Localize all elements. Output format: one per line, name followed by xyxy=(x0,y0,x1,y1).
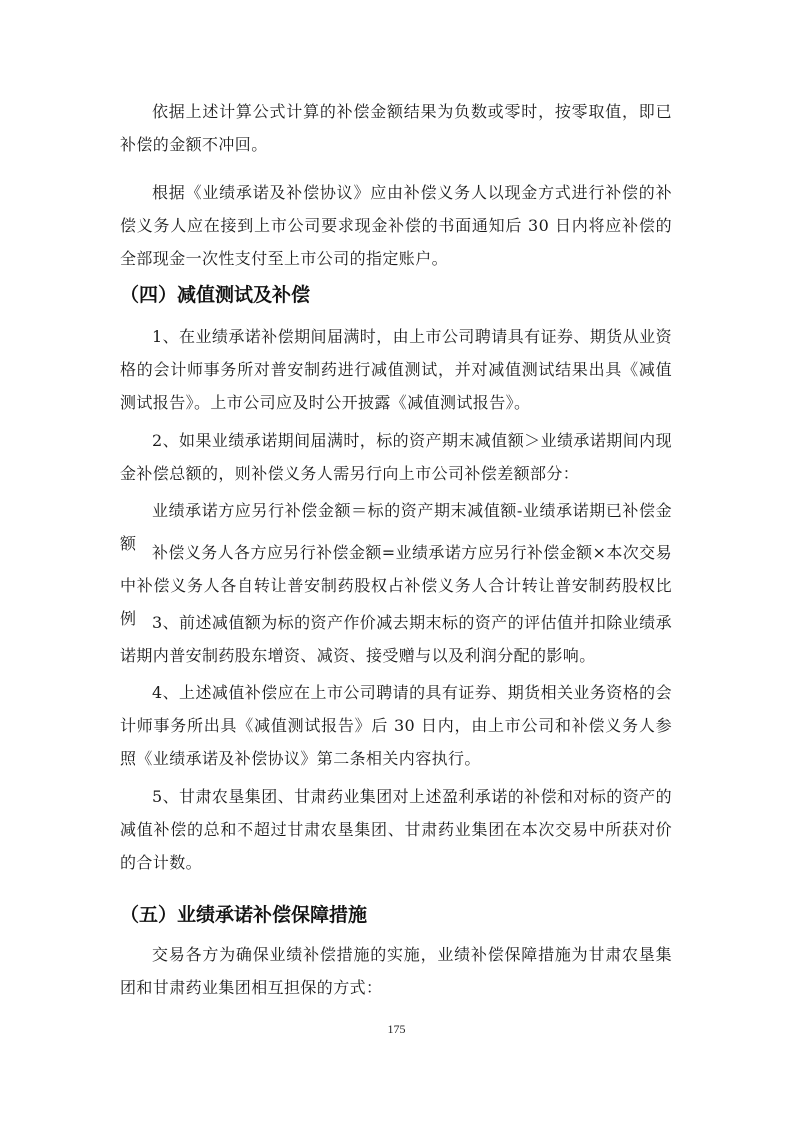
paragraph-impairment-item-5: 5、甘肃农垦集团、甘肃药业集团对上述盈利承诺的补偿和对标的资产的减值补偿的总和不… xyxy=(120,780,672,879)
section-heading-impairment-test: （四）减值测试及补偿 xyxy=(120,281,310,309)
page-number: 175 xyxy=(0,1022,793,1037)
paragraph-guarantee-measures: 交易各方为确保业绩补偿措施的实施，业绩补偿保障措施为甘肃农垦集团和甘肃药业集团相… xyxy=(120,938,672,1004)
paragraph-impairment-item-3: 3、前述减值额为标的资产作价减去期末标的资产的评估值并扣除业绩承诺期内普安制药股… xyxy=(120,606,672,672)
paragraph-impairment-item-2: 2、如果业绩承诺期间届满时，标的资产期末减值额＞业绩承诺期间内现金补偿总额的，则… xyxy=(120,424,672,490)
paragraph-impairment-item-4: 4、上述减值补偿应在上市公司聘请的具有证券、期货相关业务资格的会计师事务所出具《… xyxy=(120,676,672,775)
paragraph-negative-compensation: 依据上述计算公式计算的补偿金额结果为负数或零时，按零取值，即已补偿的金额不冲回。 xyxy=(120,95,672,161)
paragraph-impairment-item-1: 1、在业绩承诺补偿期间届满时，由上市公司聘请具有证券、期货从业资格的会计师事务所… xyxy=(120,320,672,419)
paragraph-cash-compensation: 根据《业绩承诺及补偿协议》应由补偿义务人以现金方式进行补偿的补偿义务人应在接到上… xyxy=(120,176,672,275)
section-heading-guarantee-measures: （五）业绩承诺补偿保障措施 xyxy=(120,901,367,929)
